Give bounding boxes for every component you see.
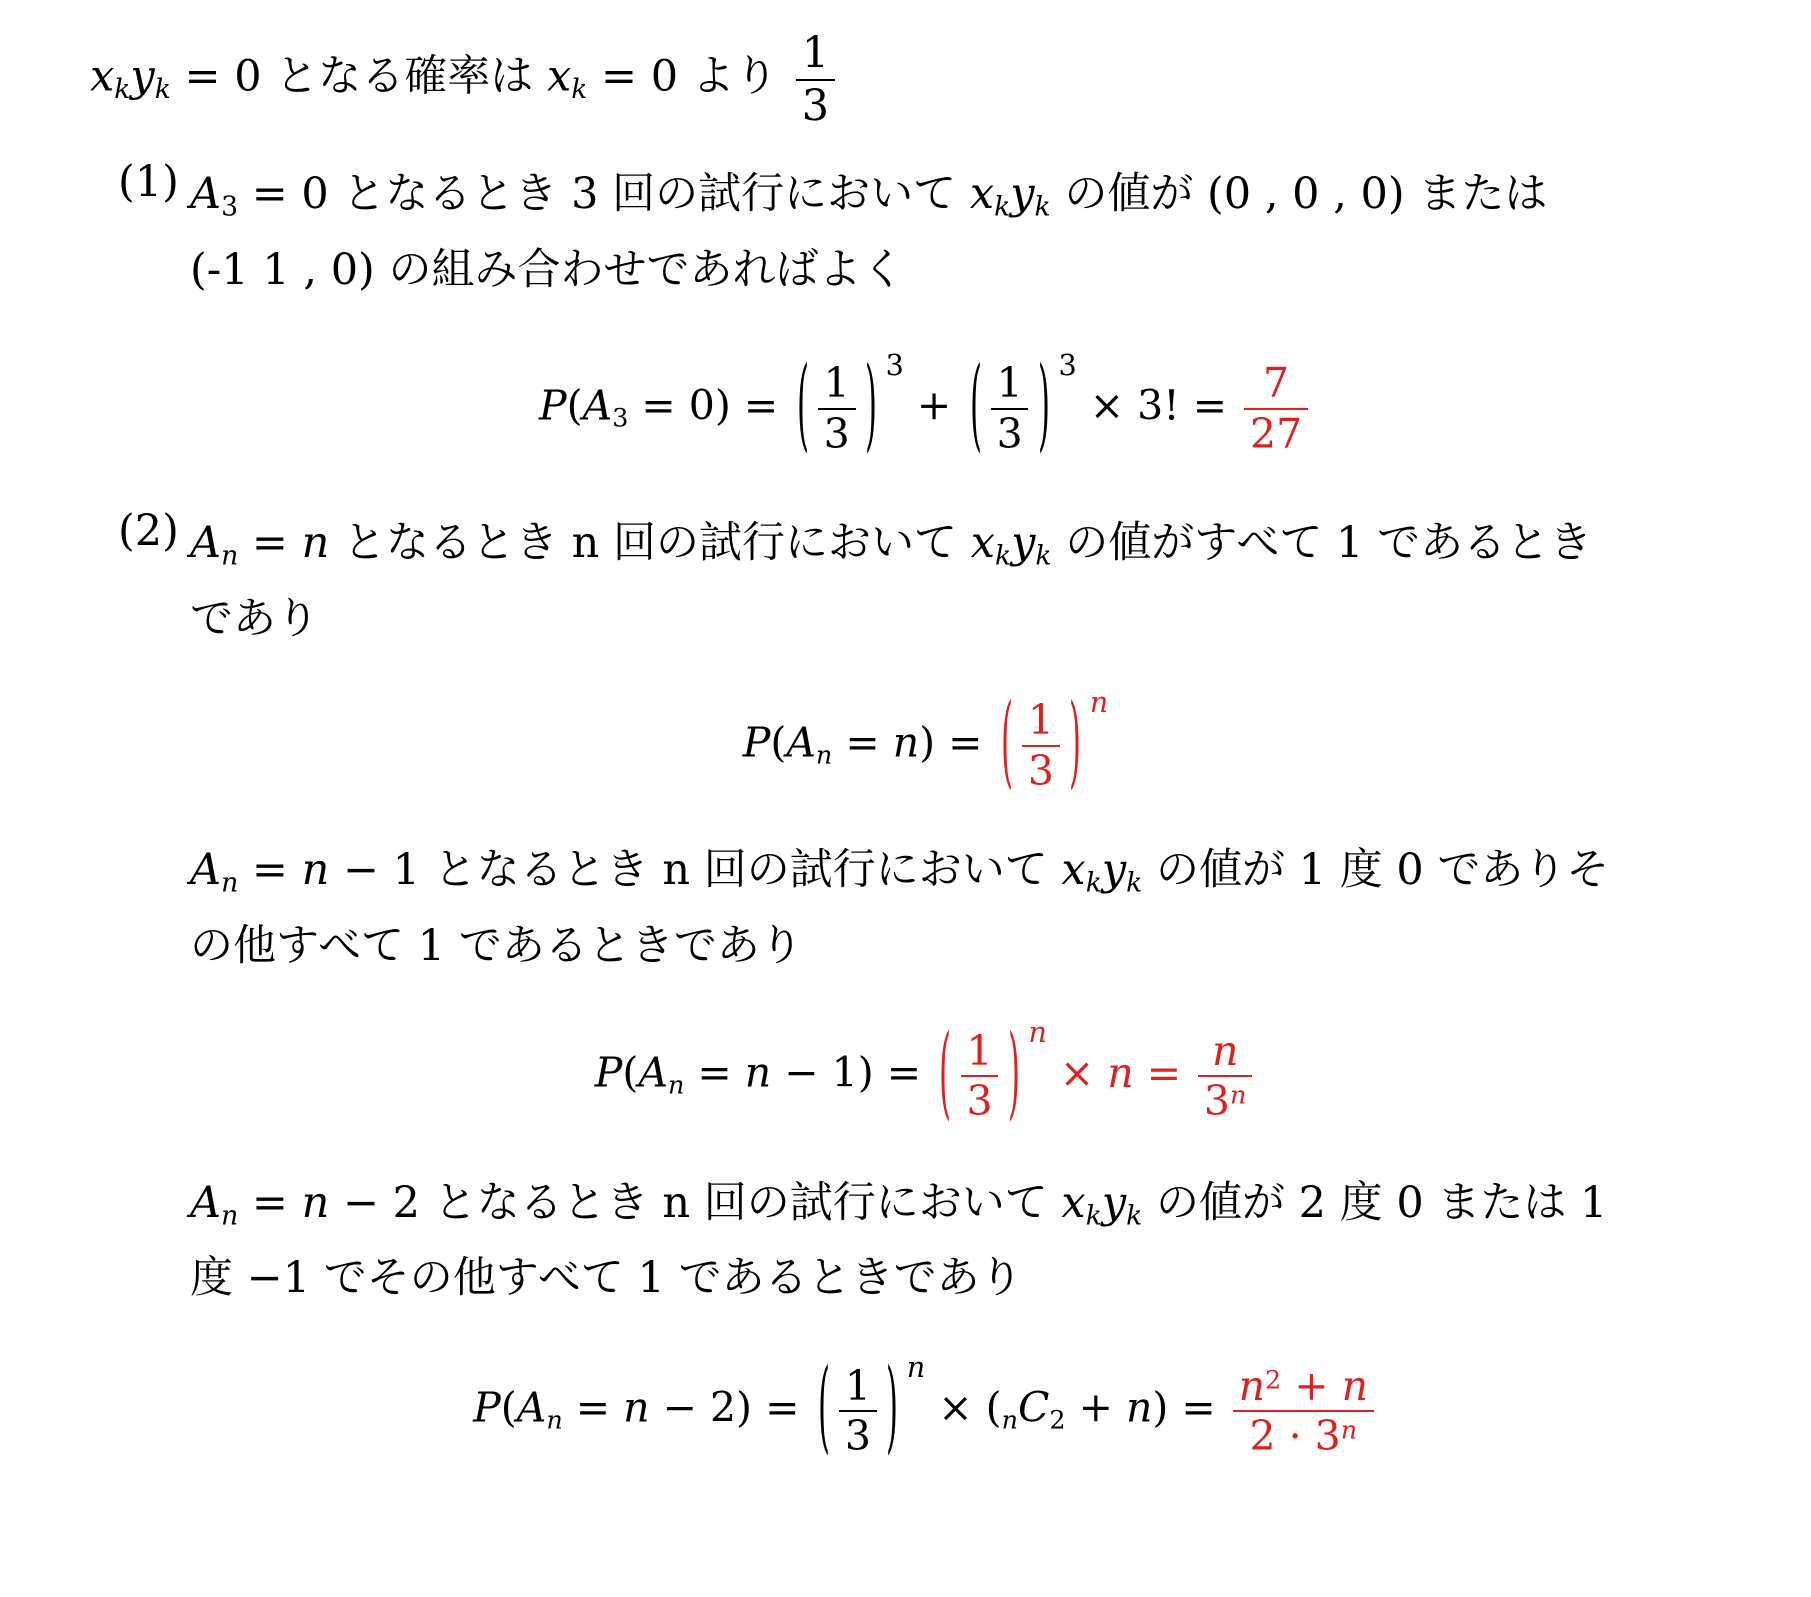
math-subscript: n [668,1070,684,1100]
left-paren: ( [939,1022,951,1122]
document-page: xkyk = 0 となる確率は xk = 0 より 13 (1) A3 = 0 … [0,0,1811,1597]
jp-text: の値がすべて [1052,518,1323,568]
math-relation: = [1134,1049,1194,1097]
math-number: 0 [1383,845,1438,895]
combination-symbol: C [1018,1383,1049,1431]
math-subscript: n [546,1405,562,1435]
item-2-content: An = n となるとき n 回の試行において xkyk の値がすべて 1 であ… [190,506,1761,657]
exponent: 2 [1265,1364,1281,1394]
math-number: 3 [557,169,612,219]
formula-p-an-equals-n-minus-2: P(An = n − 2) = (13)n × (nC2 + n) = n2 +… [90,1353,1761,1460]
jp-text: となるとき [434,845,649,895]
numerator: 1 [839,1362,877,1410]
jp-text: でありそ [1437,845,1609,895]
red-result: (13)n [996,718,1109,766]
jp-text: の他すべて [190,921,404,971]
jp-text: 度 [190,1253,233,1303]
jp-text: の値が [1142,845,1285,895]
math-var: y [1011,518,1035,568]
red-result: (13)n × n = n3n [934,1049,1256,1097]
math-number: −1 [233,1253,324,1303]
math-var: n [302,1178,330,1228]
math-function: P [539,381,567,429]
formula-p-an-equals-n-minus-1: P(An = n − 1) = (13)n × n = n3n [90,1018,1761,1125]
denominator: 3 [991,408,1029,458]
fraction-one-third: 13 [961,1027,999,1126]
numerator: n2 + n [1233,1362,1374,1410]
right-paren: ) [865,355,877,455]
jp-text: の値が [1142,1178,1285,1228]
fraction-one-third: 13 [991,359,1029,458]
math-var: A [190,1178,221,1228]
math-var: n [1342,1362,1368,1410]
math-tuple: (-1 1 , 0) [190,245,389,295]
left-paren: ( [818,1357,830,1457]
math-var: n [623,1383,649,1431]
jp-text: または [1437,1178,1566,1228]
numerator: 1 [991,359,1029,407]
math-relation: = 0 [628,381,715,429]
math-operator: + [1281,1362,1341,1410]
exponent: n [1230,1080,1246,1110]
math-subscript: k [1035,541,1051,572]
jp-text: となる確率は [262,52,547,102]
math-number: 0 [1383,1178,1438,1228]
jp-text: より [678,52,791,102]
exponent: 3 [1059,348,1077,382]
fraction-n2-plus-n-over-2-3n: n2 + n2 · 3n [1233,1362,1374,1461]
denominator: 3 [961,1075,999,1125]
fraction-seven-twentysevenths: 727 [1244,359,1308,458]
math-var: n [893,718,919,766]
right-paren: ) [1008,1022,1020,1122]
right-paren: ) [1038,355,1050,455]
math-number: 1 [404,921,459,971]
math-subscript: k [114,74,130,105]
math-operator: × ( [925,1383,1001,1431]
math-number: n [649,1178,704,1228]
denominator: 3 [796,79,835,132]
left-paren: ( [797,355,809,455]
math-var: x [1061,845,1085,895]
math-operator: − 2 [329,1178,433,1228]
denominator: 2 · 3n [1233,1410,1374,1460]
item-2-line-2: であり [190,582,1761,658]
math-var: A [638,1049,668,1097]
jp-text: 回の試行において [704,845,1062,895]
numerator: 7 [1244,359,1308,407]
numerator: 1 [796,28,835,79]
jp-text: であるとき [1377,518,1592,568]
jp-text: 度 [1340,1178,1383,1228]
math-subscript: k [155,74,171,105]
jp-text: 回の試行において [612,169,970,219]
paren: ( [770,718,786,766]
math-var: n [1126,1383,1152,1431]
combination-pre-subscript: n [1002,1405,1018,1435]
denominator: 3 [818,408,856,458]
intro-line: xkyk = 0 となる確率は xk = 0 より 13 [90,28,1761,131]
math-relation: = [832,718,892,766]
numerator: 1 [818,359,856,407]
math-var: n [1239,1362,1265,1410]
item-2-line-1: An = n となるとき n 回の試行において xkyk の値がすべて 1 であ… [190,506,1761,582]
jp-text: となるとき [342,169,557,219]
math-subscript: n [221,867,238,898]
fraction-one-third: 13 [1022,696,1060,795]
paren: ) = [715,381,791,429]
item-1-line-1: A3 = 0 となるとき 3 回の試行において xkyk の値が (0 , 0 … [190,157,1761,233]
math-var: x [971,518,995,568]
math-function: P [473,1383,501,1431]
paren: ) = [736,1383,812,1431]
math-var: x [1061,1178,1085,1228]
exponent: 3 [886,348,904,382]
fraction-n-over-3n: n3n [1198,1027,1252,1126]
jp-text: となるとき [434,1178,649,1228]
item-1-content: A3 = 0 となるとき 3 回の試行において xkyk の値が (0 , 0 … [190,157,1761,308]
paragraph-line-2: 度 −1 でその他すべて 1 であるときであり [190,1241,1761,1317]
math-subscript: k [1086,867,1102,898]
paren: ) = [919,718,995,766]
math-var: n [745,1049,771,1097]
exponent: n [1341,1414,1357,1444]
item-1-line-2: (-1 1 , 0) の組み合わせであればよく [190,233,1761,309]
math-relation: = [238,845,301,895]
math-var: n [1107,1049,1133,1097]
right-paren: ) [886,1357,898,1457]
math-number: 1 [1566,1178,1607,1228]
math-operator: + [904,381,964,429]
red-result: 727 [1240,381,1312,429]
math-relation: = [238,518,301,568]
exponent: n [1028,1015,1046,1049]
paren: ( [567,381,583,429]
math-operator: + [1066,1383,1126,1431]
jp-text: または [1418,169,1547,219]
math-relation: = 0 [238,169,342,219]
math-var: x [970,169,994,219]
math-var: A [517,1383,547,1431]
jp-text: の組み合わせであればよく [389,245,905,295]
math-var: A [583,381,613,429]
math-subscript: k [571,74,587,105]
jp-text: であるときであり [679,1253,1023,1303]
math-var: A [190,169,221,219]
item-1: (1) A3 = 0 となるとき 3 回の試行において xkyk の値が (0 … [118,157,1761,308]
numerator: 1 [961,1027,999,1075]
jp-text: 回の試行において [704,1178,1062,1228]
math-subscript: k [994,192,1010,223]
math-number: n [649,845,704,895]
math-number: 2 · 3 [1250,1412,1341,1460]
item-2: (2) An = n となるとき n 回の試行において xkyk の値がすべて … [118,506,1761,657]
paren: ( [501,1383,517,1431]
math-number: 1 [1322,518,1377,568]
math-subscript: k [1086,1200,1102,1231]
math-operator: × 3! = [1077,381,1240,429]
paragraph-an-n-minus-1: An = n − 1 となるとき n 回の試行において xkyk の値が 1 度… [190,833,1761,984]
math-var: n [302,845,330,895]
math-number: 3 [1204,1077,1230,1125]
jp-text: の値が [1051,169,1194,219]
math-function: P [743,718,771,766]
fraction-one-third: 13 [818,359,856,458]
paren: ( [622,1049,638,1097]
math-number: 2 [1285,1178,1340,1228]
right-paren: ) [1069,692,1081,792]
jp-text: 度 [1340,845,1383,895]
item-2-label: (2) [118,506,190,657]
math-subscript: 3 [612,402,628,432]
math-subscript: k [1126,1200,1142,1231]
math-var: A [190,845,221,895]
numerator: 1 [1022,696,1060,744]
math-var: A [786,718,816,766]
fraction-one-third: 13 [796,28,835,131]
math-var: A [190,518,221,568]
math-var: y [1102,845,1126,895]
denominator: 3 [839,1410,877,1460]
math-subscript: 3 [221,192,238,223]
jp-text: でその他すべて [324,1253,624,1303]
math-var: y [1102,1178,1126,1228]
math-subscript: k [995,541,1011,572]
math-operator: − 2 [650,1383,737,1431]
math-number: 1 [1285,845,1340,895]
denominator: 3 [1022,745,1060,795]
fraction-one-third: 13 [839,1362,877,1461]
math-function: P [595,1049,623,1097]
math-number: n [558,518,613,568]
jp-text: となるとき [329,518,558,568]
exponent: n [1090,685,1108,719]
math-relation: = [238,1178,301,1228]
math-operator: × [1047,1049,1107,1097]
math-tuple: (0 , 0 , 0) [1193,169,1418,219]
paragraph-line-2: の他すべて 1 であるときであり [190,909,1761,985]
math-number: 1 [624,1253,679,1303]
math-var: n [302,518,330,568]
math-subscript: n [221,1200,238,1231]
math-operator: − 1 [329,845,433,895]
math-subscript: k [1035,192,1051,223]
denominator: 27 [1244,408,1308,458]
left-paren: ( [1001,692,1013,792]
jp-text: 回の試行において [613,518,971,568]
paragraph-an-n-minus-2: An = n − 2 となるとき n 回の試行において xkyk の値が 2 度… [190,1166,1761,1317]
denominator: 3n [1198,1075,1252,1125]
formula-p-an-equals-n: P(An = n) = (13)n [90,688,1761,795]
math-operator: − 1 [771,1049,858,1097]
left-paren: ( [970,355,982,455]
math-var: y [1010,169,1034,219]
paragraph-line-1: An = n − 1 となるとき n 回の試行において xkyk の値が 1 度… [190,833,1761,909]
math-relation: = 0 [171,52,262,102]
math-var: y [130,52,154,102]
red-result: n2 + n2 · 3n [1229,1383,1378,1431]
paren: ) = [1152,1383,1228,1431]
math-var: x [90,52,114,102]
paren: ) = [858,1049,934,1097]
math-relation: = [684,1049,744,1097]
math-var: x [547,52,571,102]
exponent: n [907,1350,925,1384]
numerator: n [1198,1027,1252,1075]
formula-p-a3-equals-0: P(A3 = 0) = (13)3 + (13)3 × 3! = 727 [90,351,1761,458]
math-subscript: k [1126,867,1142,898]
math-subscript: n [816,739,832,769]
math-relation: = 0 [587,52,678,102]
paragraph-line-1: An = n − 2 となるとき n 回の試行において xkyk の値が 2 度… [190,1166,1761,1242]
jp-text: であるときであり [459,921,803,971]
combination-subscript: 2 [1049,1405,1065,1435]
item-1-label: (1) [118,157,190,308]
math-subscript: n [221,541,238,572]
math-relation: = [563,1383,623,1431]
